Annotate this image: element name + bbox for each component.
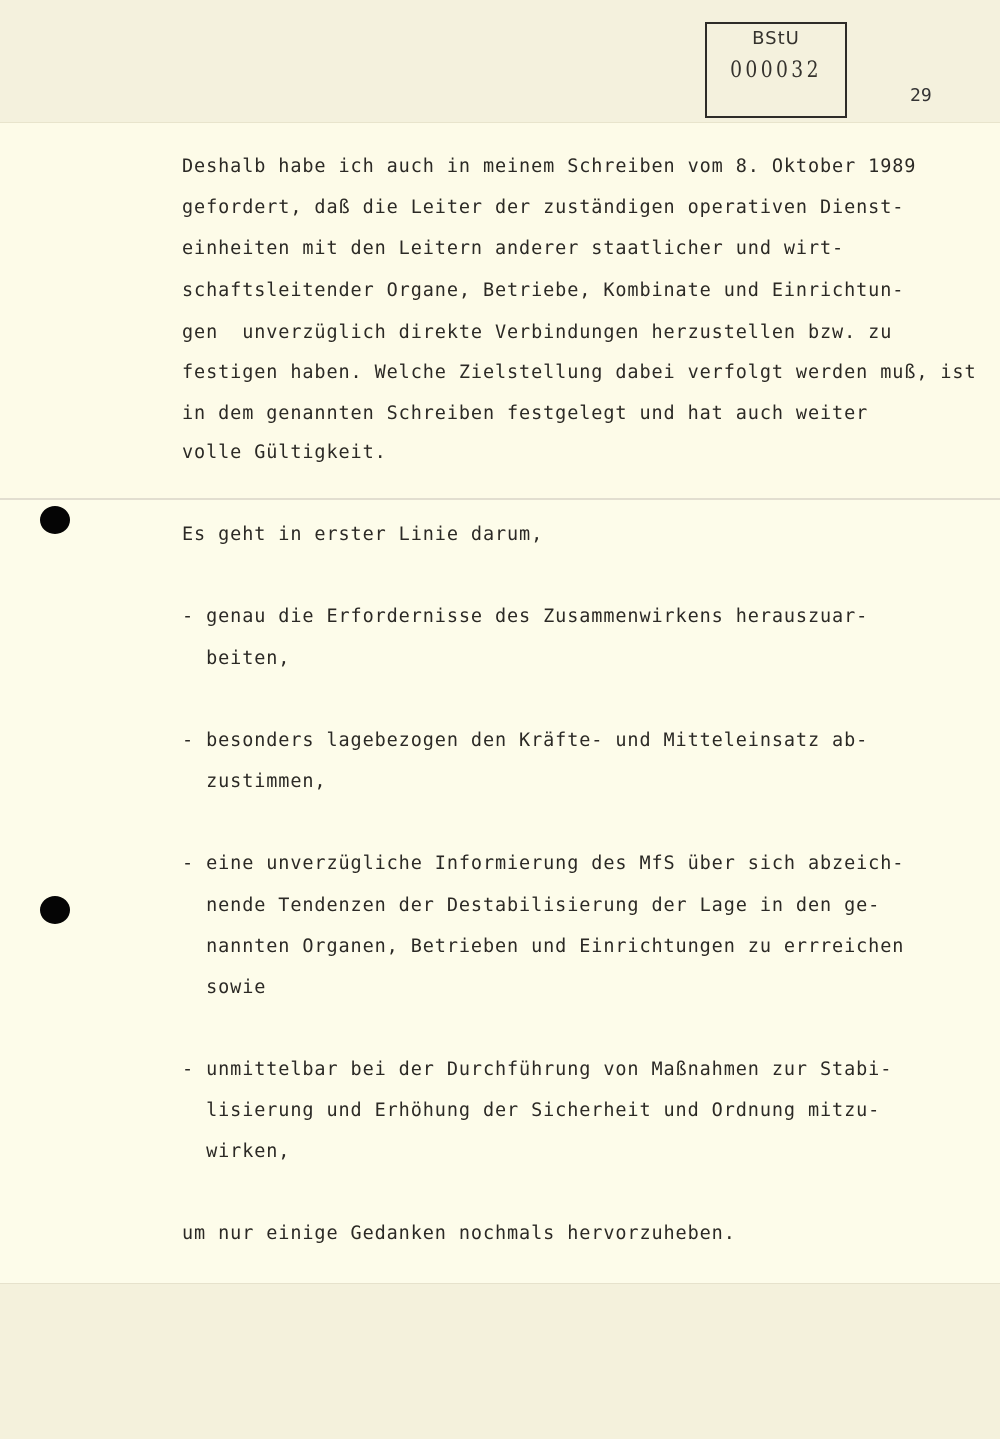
punch-hole-upper [40,506,70,534]
stamp-title: BStU [707,28,845,49]
page-number: 29 [910,85,932,106]
bullet-item-line: beiten, [182,648,290,669]
closing-line: um nur einige Gedanken nochmals hervorzu… [182,1223,736,1244]
bullet-item-line: zustimmen, [182,771,326,792]
archive-stamp: BStU 000032 [705,22,847,118]
bullet-item-line: nannten Organen, Betrieben und Einrichtu… [182,936,904,957]
bullet-item-line: - unmittelbar bei der Durchführung von M… [182,1059,892,1080]
punch-hole-lower [40,896,70,924]
paragraph-1-line: gefordert, daß die Leiter der zuständige… [182,197,904,218]
paragraph-1-line: schaftsleitender Organe, Betriebe, Kombi… [182,280,904,301]
paragraph-1-line: in dem genannten Schreiben festgelegt un… [182,403,868,424]
stamp-number: 000032 [717,58,834,83]
bullet-item-line: - genau die Erfordernisse des Zusammenwi… [182,606,868,627]
paragraph-1-line: festigen haben. Welche Zielstellung dabe… [182,362,977,383]
paper-bottom-band [0,1283,1000,1439]
paragraph-1-line: gen unverzüglich direkte Verbindungen he… [182,322,892,343]
paragraph-1-line: volle Gültigkeit. [182,442,387,463]
paper-top-band [0,0,1000,124]
bullet-item-line: nende Tendenzen der Destabilisierung der… [182,895,880,916]
bullet-item-line: - eine unverzügliche Informierung des Mf… [182,853,904,874]
bullet-item-line: wirken, [182,1141,290,1162]
paragraph-1-line: einheiten mit den Leitern anderer staatl… [182,238,844,259]
bullet-item-line: lisierung und Erhöhung der Sicherheit un… [182,1100,880,1121]
bullet-item-line: sowie [182,977,266,998]
paragraph-1-line: Deshalb habe ich auch in meinem Schreibe… [182,156,916,177]
bullet-item-line: - besonders lagebezogen den Kräfte- und … [182,730,868,751]
pasted-text-strip-1 [0,122,1000,499]
intro-line: Es geht in erster Linie darum, [182,524,543,545]
